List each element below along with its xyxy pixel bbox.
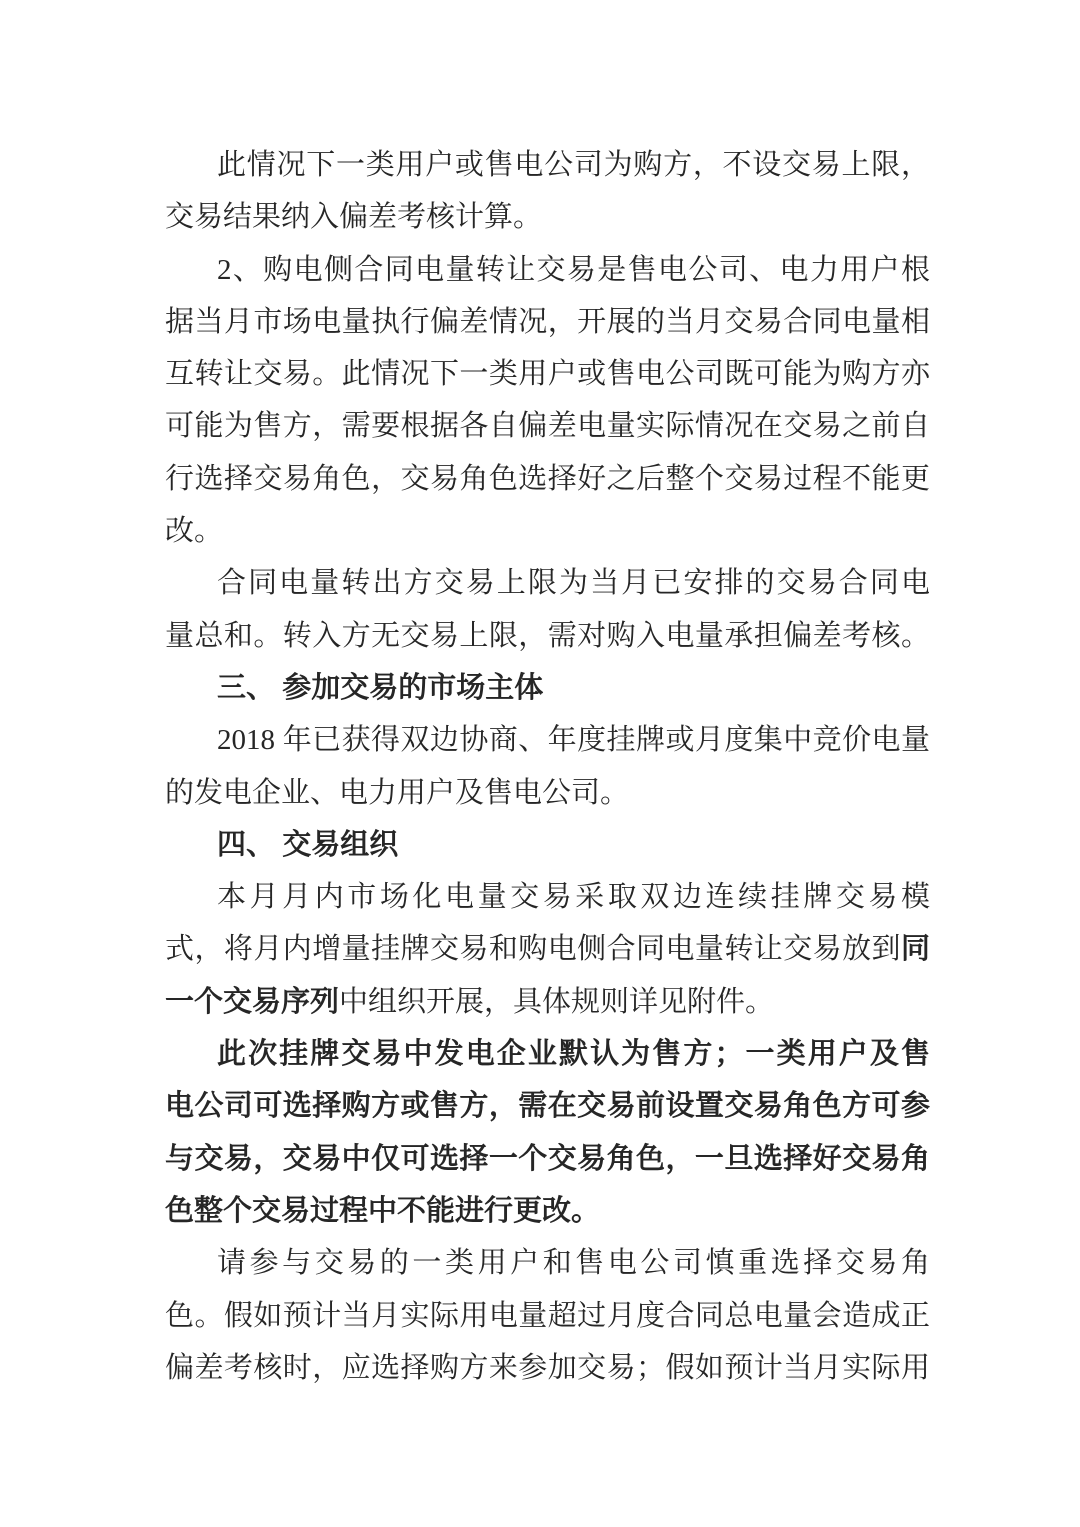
doc-line: 色。假如预计当月实际用电量超过月度合同总电量会造成正 (165, 1290, 930, 1342)
doc-line: 交易结果纳入偏差考核计算。 (165, 191, 930, 243)
heading-text: 三、 参加交易的市场主体 (217, 672, 543, 704)
doc-line: 色整个交易过程中不能进行更改。 (165, 1185, 930, 1237)
doc-line: 行选择交易角色，交易角色选择好之后整个交易过程不能更 (165, 453, 930, 505)
text-run-bold: 与交易，交易中仅可选择一个交易角色，一旦选择好交易角 (165, 1143, 930, 1175)
text-run-bold: 一个交易序列 (165, 986, 339, 1018)
text-run: 改。 (165, 515, 223, 547)
doc-line: 偏差考核时，应选择购方来参加交易；假如预计当月实际用 (165, 1342, 930, 1394)
text-run-bold: 同 (901, 933, 930, 965)
text-run: 中组织开展，具体规则详见附件。 (339, 986, 774, 1018)
doc-line: 量总和。转入方无交易上限，需对购入电量承担偏差考核。 (165, 610, 930, 662)
doc-line: 2018 年已获得双边协商、年度挂牌或月度集中竞价电量 (165, 714, 930, 766)
doc-line: 本月月内市场化电量交易采取双边连续挂牌交易模 (165, 871, 930, 923)
doc-line: 合同电量转出方交易上限为当月已安排的交易合同电 (165, 557, 930, 609)
text-run: 据当月市场电量执行偏差情况，开展的当月交易合同电量相 (165, 306, 930, 338)
doc-line: 请参与交易的一类用户和售电公司慎重选择交易角 (165, 1237, 930, 1289)
text-run: 合同电量转出方交易上限为当月已安排的交易合同电 (217, 567, 930, 599)
text-run: 行选择交易角色，交易角色选择好之后整个交易过程不能更 (165, 463, 930, 495)
text-run: 请参与交易的一类用户和售电公司慎重选择交易角 (217, 1247, 930, 1279)
text-run-bold: 色整个交易过程中不能进行更改。 (165, 1195, 600, 1227)
section-heading-3: 三、 参加交易的市场主体 (165, 662, 930, 714)
text-run-bold: 此次挂牌交易中发电企业默认为售方；一类用户及售 (217, 1038, 930, 1070)
text-run-bold: 电公司可选择购方或售方，需在交易前设置交易角色方可参 (165, 1090, 930, 1122)
doc-line: 据当月市场电量执行偏差情况，开展的当月交易合同电量相 (165, 296, 930, 348)
doc-line: 的发电企业、电力用户及售电公司。 (165, 767, 930, 819)
text-run: 量总和。转入方无交易上限，需对购入电量承担偏差考核。 (165, 620, 930, 652)
document-page: 此情况下一类用户或售电公司为购方，不设交易上限， 交易结果纳入偏差考核计算。 2… (0, 0, 1080, 1527)
text-run: 偏差考核时，应选择购方来参加交易；假如预计当月实际用 (165, 1352, 930, 1384)
text-run: 式，将月内增量挂牌交易和购电侧合同电量转让交易放到 (165, 933, 901, 965)
doc-line: 式，将月内增量挂牌交易和购电侧合同电量转让交易放到同 (165, 923, 930, 975)
doc-line: 可能为售方，需要根据各自偏差电量实际情况在交易之前自 (165, 400, 930, 452)
text-run: 的发电企业、电力用户及售电公司。 (165, 777, 629, 809)
doc-line: 一个交易序列中组织开展，具体规则详见附件。 (165, 976, 930, 1028)
text-run: 2、购电侧合同电量转让交易是售电公司、电力用户根 (217, 254, 930, 286)
document-body: 此情况下一类用户或售电公司为购方，不设交易上限， 交易结果纳入偏差考核计算。 2… (0, 0, 1080, 1394)
text-run: 本月月内市场化电量交易采取双边连续挂牌交易模 (217, 881, 930, 913)
section-heading-4: 四、 交易组织 (165, 819, 930, 871)
doc-line: 与交易，交易中仅可选择一个交易角色，一旦选择好交易角 (165, 1133, 930, 1185)
page: { "page": { "background_color": "#ffffff… (0, 0, 1080, 1527)
doc-line: 电公司可选择购方或售方，需在交易前设置交易角色方可参 (165, 1080, 930, 1132)
doc-line: 改。 (165, 505, 930, 557)
text-run: 色。假如预计当月实际用电量超过月度合同总电量会造成正 (165, 1300, 930, 1332)
heading-text: 四、 交易组织 (217, 829, 398, 861)
text-run: 此情况下一类用户或售电公司为购方，不设交易上限， (217, 149, 930, 181)
doc-line: 2、购电侧合同电量转让交易是售电公司、电力用户根 (165, 244, 930, 296)
doc-line: 此次挂牌交易中发电企业默认为售方；一类用户及售 (165, 1028, 930, 1080)
doc-line: 此情况下一类用户或售电公司为购方，不设交易上限， (165, 139, 930, 191)
text-run: 互转让交易。此情况下一类用户或售电公司既可能为购方亦 (165, 358, 930, 390)
doc-line: 互转让交易。此情况下一类用户或售电公司既可能为购方亦 (165, 348, 930, 400)
text-run: 2018 年已获得双边协商、年度挂牌或月度集中竞价电量 (217, 724, 930, 756)
text-run: 交易结果纳入偏差考核计算。 (165, 201, 542, 233)
text-run: 可能为售方，需要根据各自偏差电量实际情况在交易之前自 (165, 410, 930, 442)
